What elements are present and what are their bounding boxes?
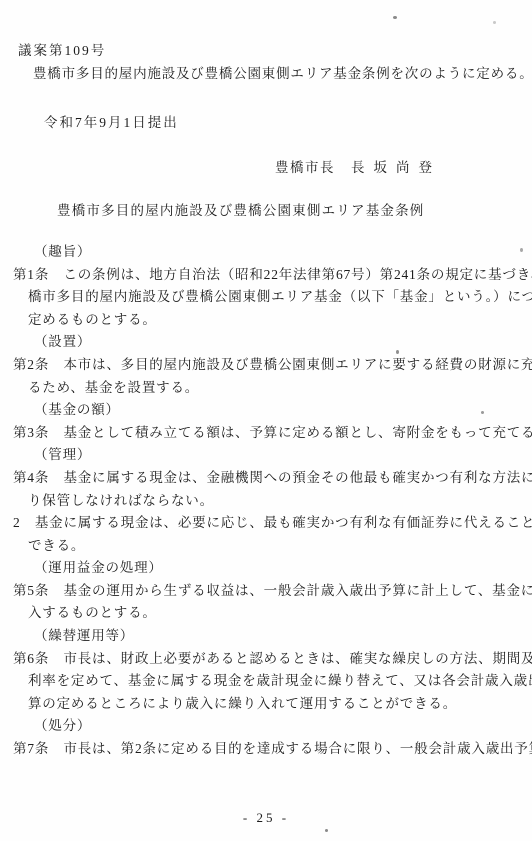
submission-date: 令和7年9月1日提出: [0, 112, 532, 135]
submitter-line: 豊橋市長長坂尚登: [0, 157, 532, 180]
section-heading: （処分）: [0, 715, 532, 738]
article-continuation-line: 算の定めるところにより歳入に繰り入れて運用することができる。: [0, 693, 532, 716]
article-continuation-line: るため、基金を設置する。: [0, 377, 532, 400]
article-continuation-line: 入するものとする。: [0, 602, 532, 625]
article-line: 第5条 基金の運用から生ずる収益は、一般会計歳入歳出予算に計上して、基金に編: [0, 580, 532, 603]
section-heading: （趣旨）: [0, 241, 532, 264]
document-page: 議案第109号 豊橋市多目的屋内施設及び豊橋公園東側エリア基金条例を次のように定…: [0, 0, 532, 841]
enactment-sentence: 豊橋市多目的屋内施設及び豊橋公園東側エリア基金条例を次のように定める。: [0, 63, 532, 86]
bill-number: 議案第109号: [0, 40, 532, 63]
article-line: 第7条 市長は、第2条に定める目的を達成する場合に限り、一般会計歳入歳出予算: [0, 738, 532, 761]
mayor-title: 豊橋市長: [275, 160, 335, 175]
article-line: 第4条 基金に属する現金は、金融機関への預金その他最も確実かつ有利な方法によ: [0, 467, 532, 490]
section-heading: （運用益金の処理）: [0, 557, 532, 580]
section-heading: （管理）: [0, 444, 532, 467]
article-continuation-line: 橋市多目的屋内施設及び豊橋公園東側エリア基金（以下「基金」という。）について: [0, 286, 532, 309]
section-heading: （設置）: [0, 331, 532, 354]
article-continuation-line: 定めるものとする。: [0, 309, 532, 332]
mayor-name: 長坂尚登: [351, 160, 441, 175]
paragraph-line: 2 基金に属する現金は、必要に応じ、最も確実かつ有利な有価証券に代えることが: [0, 512, 532, 535]
article-line: 第3条 基金として積み立てる額は、予算に定める額とし、寄附金をもって充てる。: [0, 422, 532, 445]
article-line: 第2条 本市は、多目的屋内施設及び豊橋公園東側エリアに要する経費の財源に充て: [0, 354, 532, 377]
ordinance-title: 豊橋市多目的屋内施設及び豊橋公園東側エリア基金条例: [0, 200, 532, 223]
page-number: - 25 -: [0, 807, 532, 830]
document-content: 議案第109号 豊橋市多目的屋内施設及び豊橋公園東側エリア基金条例を次のように定…: [0, 0, 532, 829]
scan-artifact: [325, 829, 328, 832]
article-line: 第6条 市長は、財政上必要があると認めるときは、確実な繰戻しの方法、期間及び: [0, 648, 532, 671]
section-heading: （繰替運用等）: [0, 625, 532, 648]
article-continuation-line: できる。: [0, 535, 532, 558]
section-heading: （基金の額）: [0, 399, 532, 422]
article-line: 第1条 この条例は、地方自治法（昭和22年法律第67号）第241条の規定に基づき…: [0, 264, 532, 287]
article-continuation-line: 利率を定めて、基金に属する現金を歳計現金に繰り替えて、又は各会計歳入歳出予: [0, 670, 532, 693]
article-continuation-line: り保管しなければならない。: [0, 490, 532, 513]
